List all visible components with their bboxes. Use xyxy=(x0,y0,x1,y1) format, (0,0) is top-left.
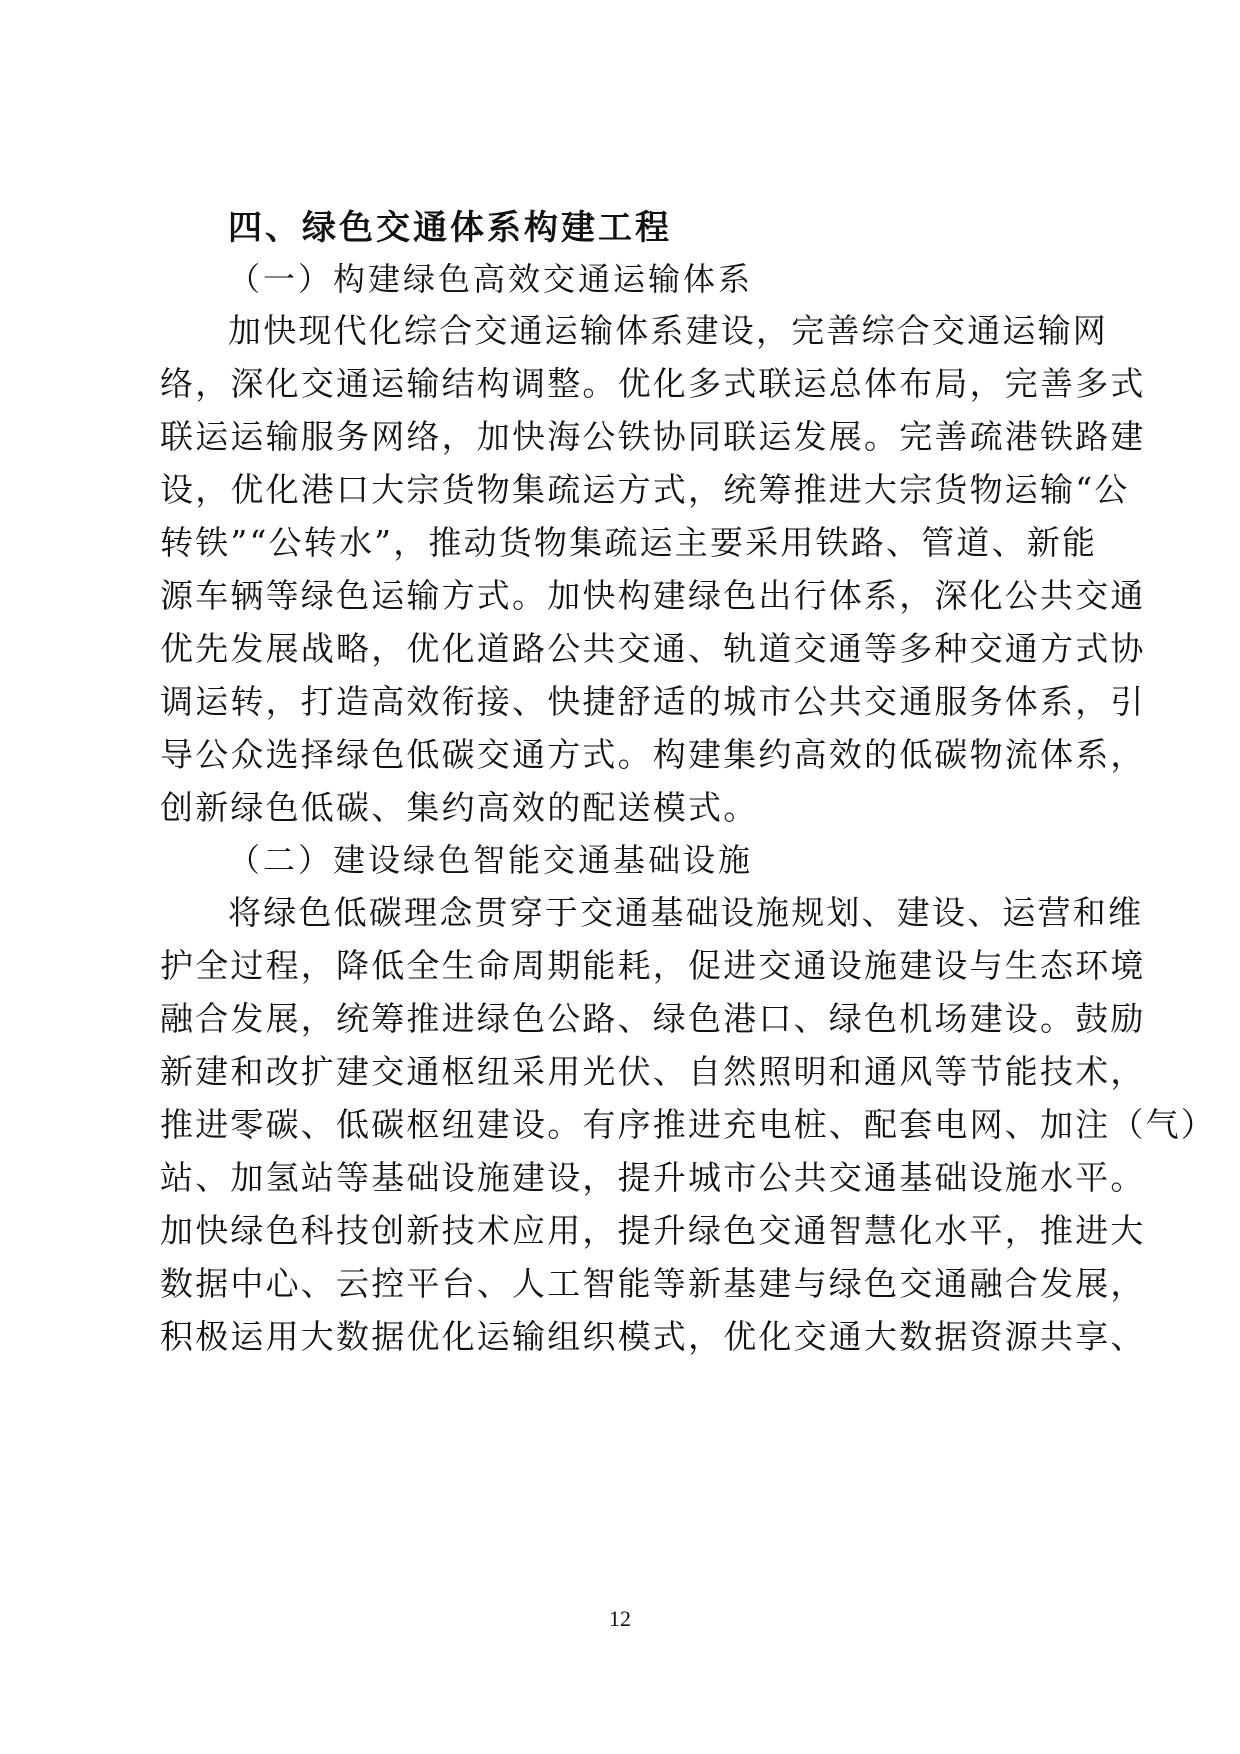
paragraph-line: 设，优化港口大宗货物集疏运方式，统筹推进大宗货物运输“公 xyxy=(160,468,1080,512)
document-page: 四、绿色交通体系构建工程 （一）构建绿色高效交通运输体系 加快现代化综合交通运输… xyxy=(0,0,1240,1754)
paragraph-line: 加快绿色科技创新技术应用，提升绿色交通智慧化水平，推进大 xyxy=(160,1209,1080,1253)
section-title: 四、绿色交通体系构建工程 xyxy=(228,206,1148,250)
paragraph-line: 站、加氢站等基础设施建设，提升城市公共交通基础设施水平。 xyxy=(160,1156,1080,1200)
paragraph-line: 将绿色低碳理念贯穿于交通基础设施规划、建设、运营和维 xyxy=(228,891,1080,935)
paragraph-line: 推进零碳、低碳枢纽建设。有序推进充电桩、配套电网、加注（气） xyxy=(160,1103,1080,1147)
paragraph-line: 导公众选择绿色低碳交通方式。构建集约高效的低碳物流体系， xyxy=(160,733,1080,777)
paragraph-line: 创新绿色低碳、集约高效的配送模式。 xyxy=(160,786,1080,830)
paragraph-line: 新建和改扩建交通枢纽采用光伏、自然照明和通风等节能技术， xyxy=(160,1050,1080,1094)
paragraph-line: 护全过程，降低全生命周期能耗，促进交通设施建设与生态环境 xyxy=(160,944,1080,988)
subsection-title-2: （二）建设绿色智能交通基础设施 xyxy=(228,838,1148,882)
paragraph-line: 调运转，打造高效衔接、快捷舒适的城市公共交通服务体系，引 xyxy=(160,680,1080,724)
page-number: 12 xyxy=(0,1606,1240,1632)
paragraph-line: 积极运用大数据优化运输组织模式，优化交通大数据资源共享、 xyxy=(160,1315,1080,1359)
paragraph-line: 数据中心、云控平台、人工智能等新基建与绿色交通融合发展， xyxy=(160,1262,1080,1306)
paragraph-line: 源车辆等绿色运输方式。加快构建绿色出行体系，深化公共交通 xyxy=(160,574,1080,618)
paragraph-line: 优先发展战略，优化道路公共交通、轨道交通等多种交通方式协 xyxy=(160,627,1080,671)
paragraph-line: 加快现代化综合交通运输体系建设，完善综合交通运输网 xyxy=(228,309,1080,353)
paragraph-line: 络，深化交通运输结构调整。优化多式联运总体布局，完善多式 xyxy=(160,362,1080,406)
paragraph-line: 联运运输服务网络，加快海公铁协同联运发展。完善疏港铁路建 xyxy=(160,415,1080,459)
paragraph-line: 转铁”“公转水”，推动货物集疏运主要采用铁路、管道、新能 xyxy=(160,521,1080,565)
subsection-title-1: （一）构建绿色高效交通运输体系 xyxy=(228,257,1148,301)
paragraph-line: 融合发展，统筹推进绿色公路、绿色港口、绿色机场建设。鼓励 xyxy=(160,997,1080,1041)
